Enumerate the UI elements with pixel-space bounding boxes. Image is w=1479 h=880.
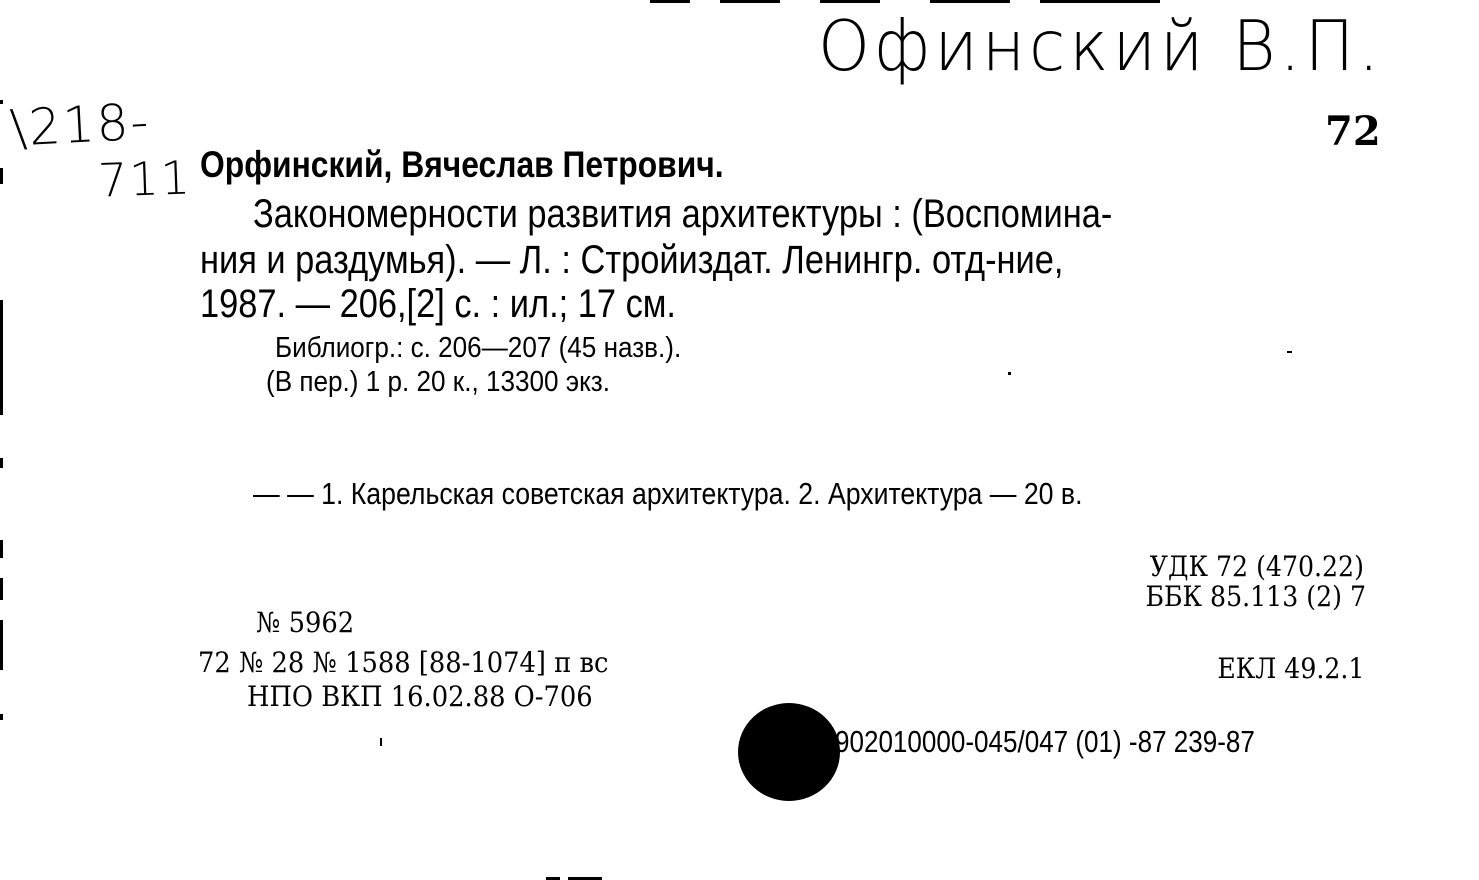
imprint-line: ния и раздумья). — Л. : Стройиздат. Лени… [200,238,1063,283]
scan-edge-mark [0,714,3,720]
printing-info-line: НПО ВКП 16.02.88 О-706 [247,680,593,713]
collation-line: 1987. — 206,[2] с. : ил.; 17 см. [200,282,676,327]
scan-edge-mark [930,0,1010,3]
scan-edge-mark [0,168,3,184]
scan-edge-mark [0,578,3,600]
card-number: № 5962 [256,606,354,639]
scan-edge-mark [0,100,3,104]
author-heading: Орфинский, Вячеслав Петрович. [200,144,724,186]
printing-info-line: 72 № 28 № 1588 [88-1074] п вс [198,646,608,679]
bbk-code: ББК 85.113 (2) 7 [1146,580,1366,613]
classification-number: 72 [1325,108,1381,155]
title-line: Закономерности развития архитектуры : (В… [253,192,1112,237]
scan-edge-mark [0,540,3,558]
punch-hole [738,703,840,801]
subject-headings: — — 1. Карельская советская архитектура.… [253,476,1082,512]
ekl-code: ЕКЛ 49.2.1 [1217,652,1364,685]
scan-edge-mark [0,620,3,670]
isbn-code-line: 902010000-045/047 (01) -87 239-87 [835,724,1255,760]
handwritten-shelf-mark: \218- [9,92,152,157]
speck [1287,351,1292,353]
scan-edge-mark [0,458,3,468]
price-run-note: (В пер.) 1 р. 20 к., 13300 экз. [266,366,610,399]
udk-code: УДК 72 (470.22) [1150,550,1364,583]
scan-edge-mark [820,0,880,3]
scan-edge-mark [1040,0,1160,3]
bibliography-note: Библиогр.: с. 206—207 (45 назв.). [275,332,681,365]
scan-edge-mark [650,0,690,3]
speck [1008,372,1011,375]
scan-edge-mark [720,0,780,3]
scan-edge-mark [0,300,3,415]
handwritten-shelf-mark-continuation: 711 [97,150,193,207]
speck [380,738,382,746]
handwritten-author-note: Офинский В.П. [818,6,1383,87]
